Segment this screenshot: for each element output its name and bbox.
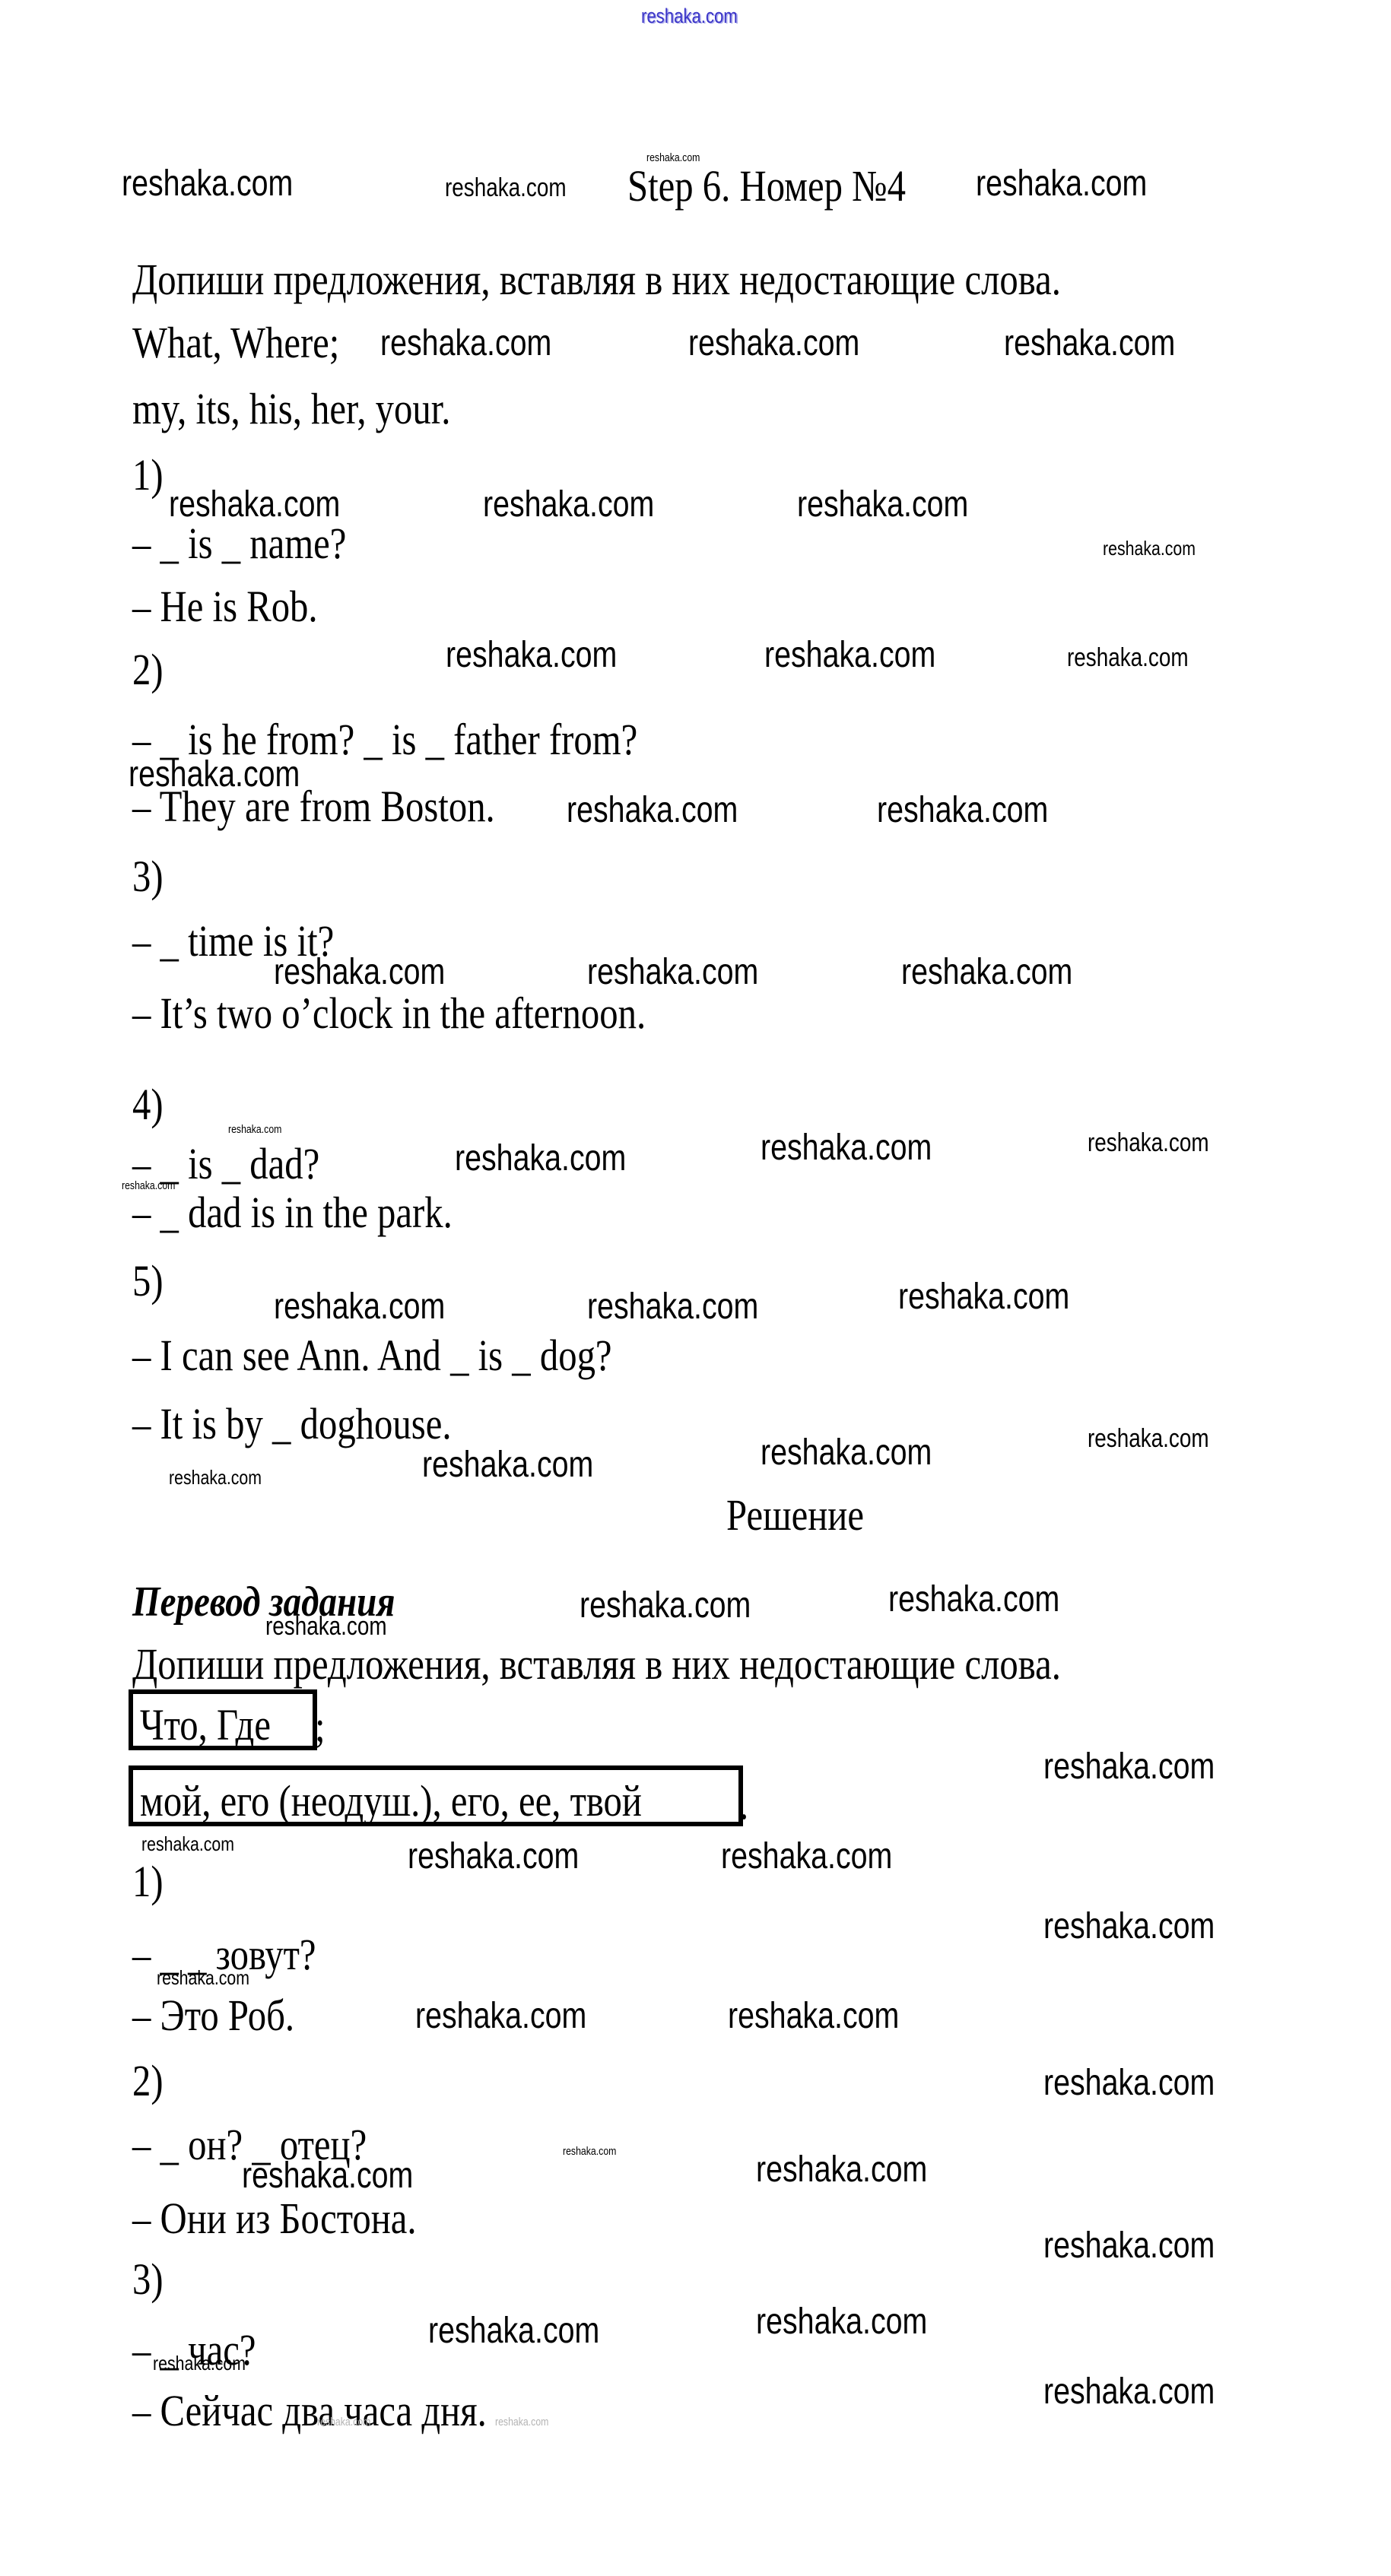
page-title: Step 6. Номер №4 <box>627 161 906 212</box>
word-box-pronouns-text: мой, его (неодуш.), его, ее, твой <box>140 1776 642 1827</box>
watermark: reshaka.com <box>1103 538 1196 558</box>
watermark: reshaka.com <box>408 1838 579 1875</box>
answer-line: – He is Rob. <box>132 582 318 633</box>
watermark-blue: reshaka.com <box>641 6 738 27</box>
watermark: reshaka.com <box>1043 1749 1215 1785</box>
watermark: reshaka.com <box>587 954 758 991</box>
watermark: reshaka.com <box>153 2353 246 2373</box>
watermark: reshaka.com <box>422 1447 593 1483</box>
watermark: reshaka.com <box>1043 2065 1215 2102</box>
watermark: reshaka.com <box>1088 1130 1209 1156</box>
watermark: reshaka.com <box>228 1124 281 1135</box>
watermark: reshaka.com <box>688 325 859 362</box>
watermark: reshaka.com <box>901 954 1072 991</box>
answer-line: – It is by _ doghouse. <box>132 1399 452 1450</box>
watermark: reshaka.com <box>455 1140 626 1177</box>
watermark: reshaka.com <box>446 637 617 674</box>
watermark: reshaka.com <box>563 2146 616 2157</box>
item-number: 3) <box>132 2254 164 2305</box>
word-box-question-words-text: Что, Где <box>140 1700 271 1751</box>
answer-line: – Это Роб. <box>132 1991 294 2041</box>
answer-line: – They are from Boston. <box>132 782 495 833</box>
watermark: reshaka.com <box>141 1834 234 1854</box>
watermark: reshaka.com <box>274 1289 445 1325</box>
watermark: reshaka.com <box>898 1279 1069 1315</box>
watermark: reshaka.com <box>721 1838 892 1875</box>
watermark: reshaka.com <box>580 1588 751 1624</box>
solution-heading: Решение <box>726 1490 864 1541</box>
translation-intro: Допиши предложения, вставляя в них недос… <box>132 1639 1061 1690</box>
watermark: reshaka.com <box>1043 1908 1215 1945</box>
item-number: 2) <box>132 2056 164 2107</box>
task-intro: Допиши предложения, вставляя в них недос… <box>132 255 1061 306</box>
question-line: – _ is _ name? <box>132 519 346 569</box>
watermark: reshaka.com <box>157 1968 249 1988</box>
watermark: reshaka.com <box>445 175 567 201</box>
watermark: reshaka.com <box>756 2152 927 2188</box>
solution-page: reshaka.com reshaka.com reshaka.com resh… <box>0 0 1391 2576</box>
watermark: reshaka.com <box>756 2304 927 2340</box>
watermark: reshaka.com <box>976 166 1147 202</box>
watermark: reshaka.com <box>1043 2228 1215 2264</box>
answer-line: – Они из Бостона. <box>132 2194 417 2244</box>
item-number: 2) <box>132 645 164 696</box>
item-number: 3) <box>132 852 164 903</box>
watermark: reshaka.com <box>242 2158 413 2194</box>
answer-line: – _ dad is in the park. <box>132 1188 453 1239</box>
question-line: – I can see Ann. And _ is _ dog? <box>132 1331 612 1382</box>
watermark: reshaka.com <box>380 325 551 362</box>
item-number: 4) <box>132 1080 164 1131</box>
watermark: reshaka.com <box>1004 325 1175 362</box>
watermark: reshaka.com <box>317 2416 370 2428</box>
watermark: reshaka.com <box>415 1998 586 2035</box>
word-box-question-words-suffix: ; <box>315 1702 326 1753</box>
item-number: 1) <box>132 1857 164 1908</box>
watermark: reshaka.com <box>274 954 445 991</box>
watermark: reshaka.com <box>122 166 293 202</box>
watermark: reshaka.com <box>495 2416 548 2428</box>
watermark: reshaka.com <box>428 2313 599 2349</box>
watermark: reshaka.com <box>483 487 654 523</box>
watermark: reshaka.com <box>877 792 1048 829</box>
watermark: reshaka.com <box>1043 2374 1215 2410</box>
watermark: reshaka.com <box>567 792 738 829</box>
watermark: reshaka.com <box>797 487 968 523</box>
watermark: reshaka.com <box>728 1998 899 2035</box>
watermark: reshaka.com <box>761 1435 932 1471</box>
item-number: 5) <box>132 1256 164 1307</box>
watermark: reshaka.com <box>169 487 340 523</box>
answer-line: – Сейчас два часа дня. <box>132 2386 487 2437</box>
item-number: 1) <box>132 450 164 501</box>
watermark: reshaka.com <box>761 1130 932 1166</box>
answer-line: – It’s two o’clock in the afternoon. <box>132 988 646 1039</box>
watermark: reshaka.com <box>587 1289 758 1325</box>
watermark: reshaka.com <box>1067 645 1189 671</box>
watermark: reshaka.com <box>265 1613 387 1639</box>
watermark: reshaka.com <box>888 1581 1059 1618</box>
watermark: reshaka.com <box>1088 1426 1209 1451</box>
watermark: reshaka.com <box>764 637 935 674</box>
task-words-line2: my, its, his, her, your. <box>132 384 450 435</box>
watermark: reshaka.com <box>169 1467 262 1487</box>
task-words-line1: What, Where; <box>132 318 339 369</box>
word-box-pronouns-suffix: . <box>739 1779 748 1830</box>
